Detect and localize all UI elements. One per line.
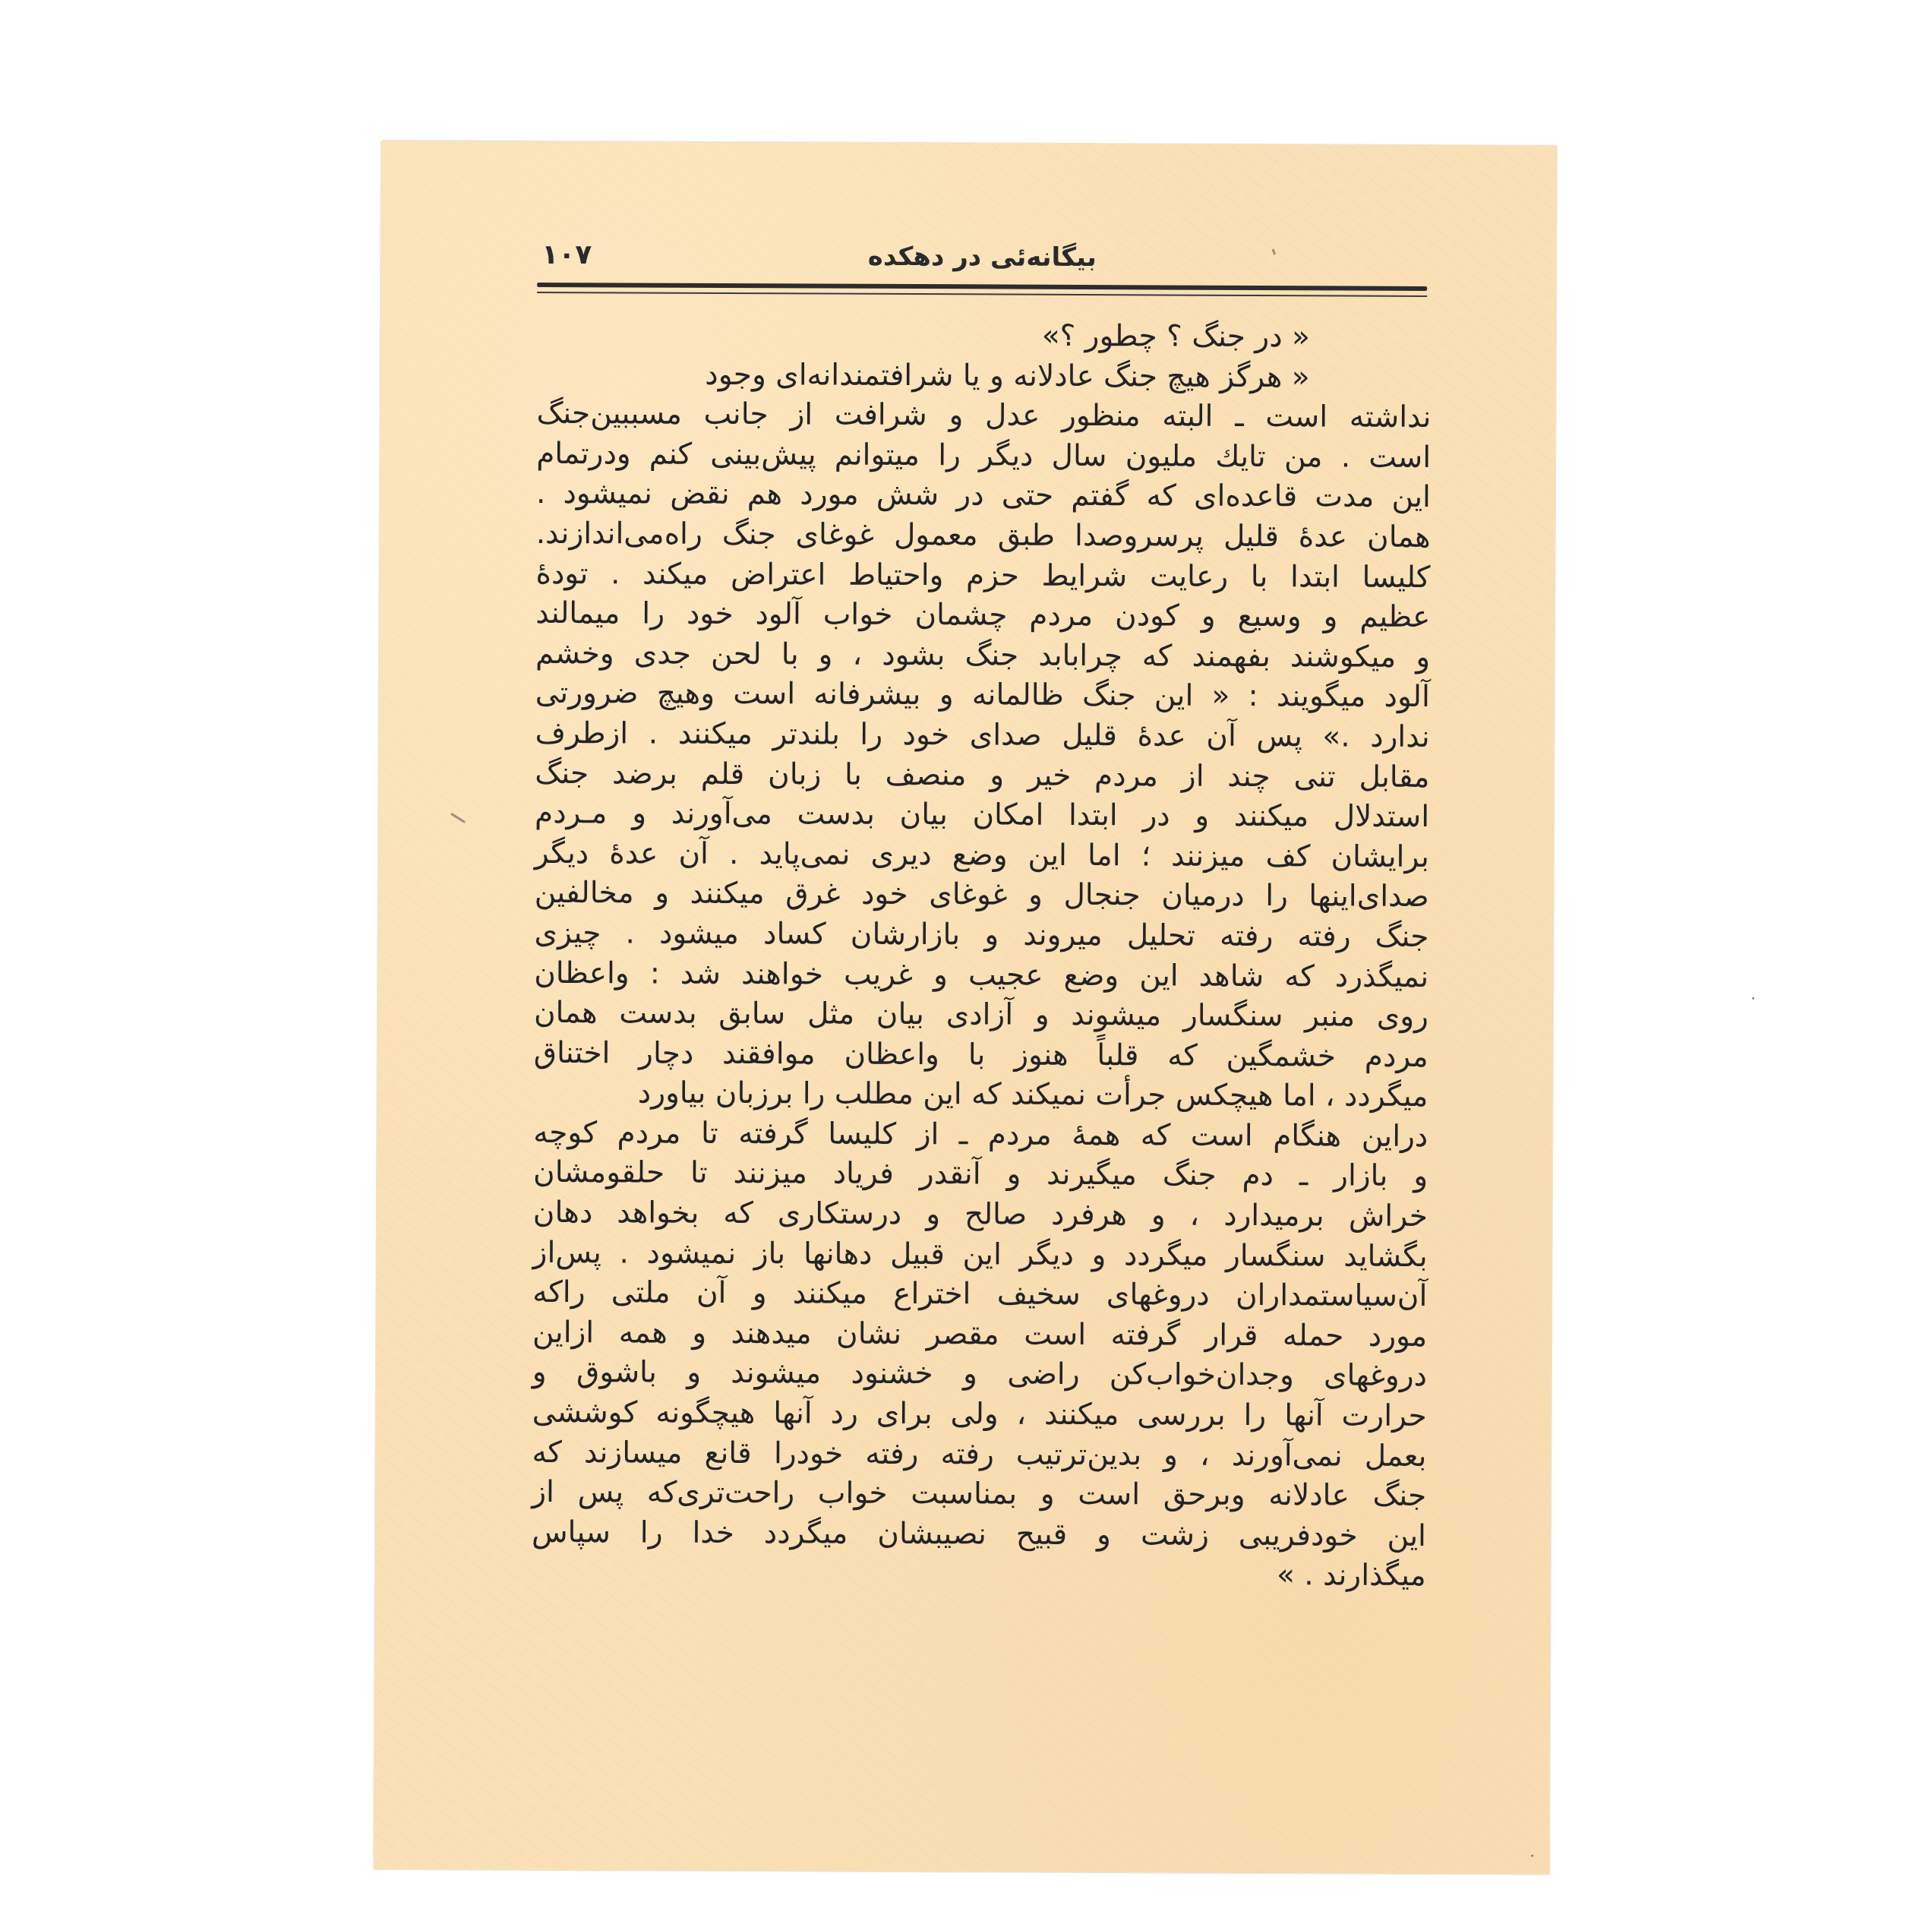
paper-speck bbox=[1531, 1855, 1533, 1857]
text-line: مردم خشمگین که قلباً هنوز با واعظان مواف… bbox=[534, 1034, 1428, 1078]
paper-smudge-mark bbox=[450, 813, 466, 823]
text-line: « هرگز هیچ جنگ عادلانه و یا شرافتمندانه‌… bbox=[537, 354, 1432, 398]
text-line: عظیم و وسیع و کودن مردم چشمان خواب آلود … bbox=[535, 594, 1430, 638]
text-line: استدلال میکنند و در ابتدا امکان بیان بدس… bbox=[535, 794, 1429, 838]
text-line: صدای‌اینها را درمیان جنجال و غوغای خود غ… bbox=[535, 873, 1429, 918]
page-header: بیگانه‌ئی در دهکده ۱۰۷ bbox=[537, 236, 1427, 286]
text-line: همان عدهٔ قلیل پرسروصدا طبق معمول غوغای … bbox=[536, 514, 1431, 558]
text-line: « در جنگ ؟ چطور ؟» bbox=[537, 314, 1432, 359]
text-line: دراین هنگام است که همهٔ مردم ـ از کلیسا … bbox=[533, 1114, 1428, 1158]
text-line: مورد حمله قرار گرفته است مقصر نشان میدهن… bbox=[532, 1313, 1427, 1357]
text-line: آلود میگویند : « این جنگ ظالمانه و بیشرف… bbox=[535, 674, 1430, 718]
text-line: کلیسا ابتدا با رعایت شرایط حزم واحتیاط ا… bbox=[535, 554, 1430, 598]
text-line: برایشان کف میزنند ؛ اما این وضع دیری نمی… bbox=[535, 834, 1429, 878]
text-line: این خودفریبی زشت و قبیح نصیبشان میگردد خ… bbox=[532, 1513, 1426, 1557]
body-text: « در جنگ ؟ چطور ؟» « هرگز هیچ جنگ عادلان… bbox=[532, 314, 1432, 1597]
text-line: جنگ رفته رفته تحلیل میروند و بازارشان کس… bbox=[534, 914, 1428, 958]
text-line: نمیگذرد که شاهد این وضع عجیب و غریب خواه… bbox=[534, 953, 1428, 997]
text-line: مقابل تنی چند از مردم خیر و منصف با زبان… bbox=[535, 753, 1429, 798]
text-line: و بازار ـ دم جنگ میگیرند و آنقدر فریاد م… bbox=[533, 1153, 1428, 1197]
running-title: بیگانه‌ئی در دهکده bbox=[537, 236, 1427, 278]
page-number: ۱۰۷ bbox=[541, 236, 592, 274]
text-line: میگردد ، اما هیچکس جرأت نمیکند که این مط… bbox=[533, 1073, 1428, 1117]
text-line: خراش برمیدارد ، و هرفرد صالح و درستکاری … bbox=[533, 1193, 1428, 1237]
paper-speck bbox=[1752, 997, 1754, 1000]
header-rule-thin bbox=[537, 292, 1427, 297]
book-page: بیگانه‌ئی در دهکده ۱۰۷ « در جنگ ؟ چطور ؟… bbox=[374, 141, 1557, 1875]
text-line: بگشاید سنگسار میگردد و دیگر این قبیل دها… bbox=[532, 1234, 1427, 1278]
text-line: این مدت قاعده‌ای که گفتم حتی در شش مورد … bbox=[536, 474, 1431, 518]
text-line: است . من تایك ملیون سال دیگر را میتوانم … bbox=[536, 434, 1431, 479]
text-line: و میکوشند بفهمند که چرابابد جنگ بشود ، و… bbox=[535, 634, 1430, 678]
text-line: جنگ عادلانه وبرحق است و بمناسبت خواب راح… bbox=[532, 1473, 1426, 1517]
text-line: حرارت آنها را بررسی میکنند ، ولی برای رد… bbox=[532, 1393, 1427, 1437]
text-line: آن‌سیاستمداران دروغهای سخیف اختراع میکنن… bbox=[532, 1273, 1427, 1317]
text-line: روی منبر سنگسار میشوند و آزادی بیان مثل … bbox=[534, 993, 1428, 1038]
text-line: دروغهای وجدان‌خواب‌کن راضی و خشنود میشون… bbox=[532, 1353, 1427, 1397]
text-line: نداشته است ـ البته منظور عدل و شرافت از … bbox=[536, 394, 1431, 438]
text-line: بعمل نمی‌آورند ، و بدین‌ترتیب رفته رفته … bbox=[532, 1433, 1426, 1477]
text-line: ندارد .» پس آن عدهٔ قلیل صدای خود را بلن… bbox=[535, 714, 1429, 758]
text-line: میگذارند . » bbox=[532, 1553, 1426, 1597]
